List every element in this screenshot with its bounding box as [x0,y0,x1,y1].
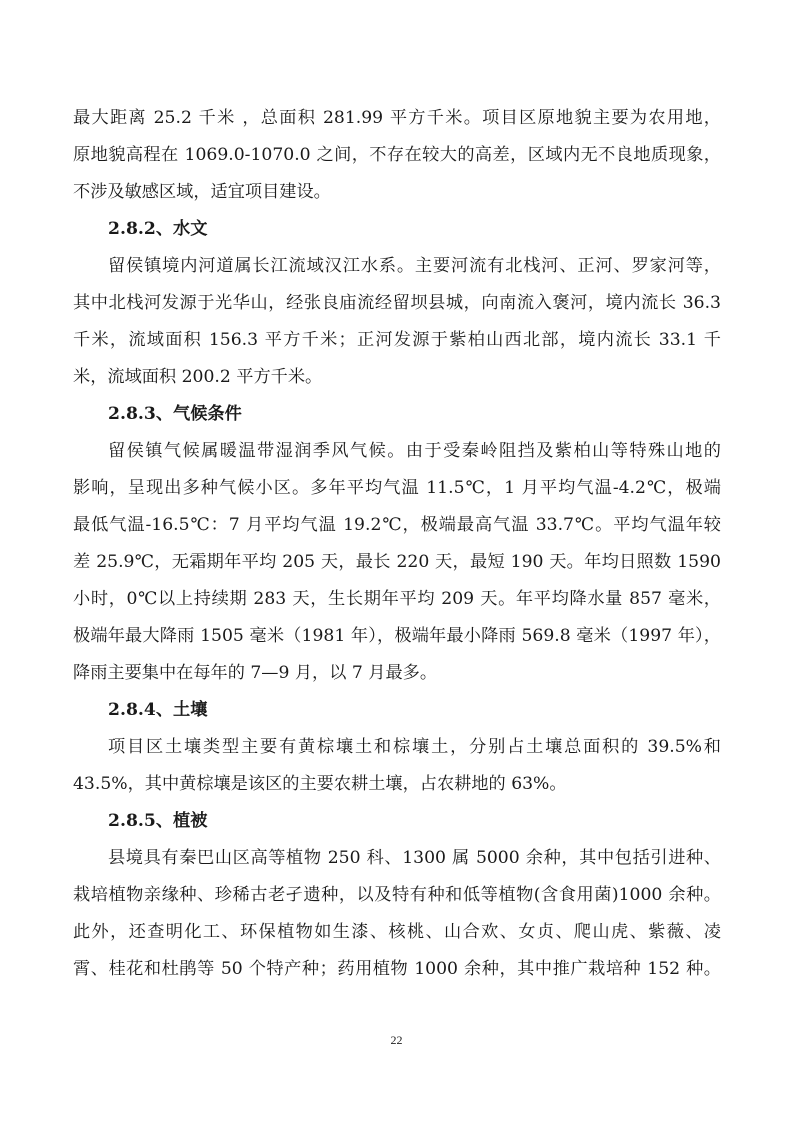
text-line: 影响，呈现出多种气候小区。多年平均气温 11.5℃，1 月平均气温-4.2℃，极… [73,470,721,507]
paragraph-soil: 项目区土壤类型主要有黄棕壤土和棕壤土，分别占土壤总面积的 39.5%和 43.5… [73,729,721,803]
text-line: 最大距离 25.2 千米 ，总面积 281.99 平方千米。项目区原地貌主要为农… [73,100,721,137]
text-line: 霄、桂花和杜鹃等 50 个特产种；药用植物 1000 余种，其中推广栽培种 15… [73,951,721,988]
text-line: 栽培植物亲缘种、珍稀古老孑遗种，以及特有种和低等植物(含食用菌)1000 余种。 [73,877,721,914]
paragraph-climate: 留侯镇气候属暖温带湿润季风气候。由于受秦岭阻挡及紫柏山等特殊山地的 影响，呈现出… [73,433,721,692]
paragraph-vegetation: 县境具有秦巴山区高等植物 250 科、1300 属 5000 余种，其中包括引进… [73,840,721,988]
text-line: 县境具有秦巴山区高等植物 250 科、1300 属 5000 余种，其中包括引进… [73,840,721,877]
text-line: 留侯镇境内河道属长江流域汉江水系。主要河流有北栈河、正河、罗家河等， [73,248,721,285]
text-line: 米，流域面积 200.2 平方千米。 [73,359,721,396]
paragraph-hydrology: 留侯镇境内河道属长江流域汉江水系。主要河流有北栈河、正河、罗家河等， 其中北栈河… [73,248,721,396]
paragraph-terrain-continuation: 最大距离 25.2 千米 ，总面积 281.99 平方千米。项目区原地貌主要为农… [73,100,721,211]
document-page: 最大距离 25.2 千米 ，总面积 281.99 平方千米。项目区原地貌主要为农… [73,100,721,988]
text-line: 43.5%，其中黄棕壤是该区的主要农耕土壤，占农耕地的 63%。 [73,766,721,803]
text-line: 千米，流域面积 156.3 平方千米；正河发源于紫柏山西北部，境内流长 33.1… [73,322,721,359]
text-line: 其中北栈河发源于光华山，经张良庙流经留坝县城，向南流入褒河，境内流长 36.3 [73,285,721,322]
text-line: 原地貌高程在 1069.0-1070.0 之间，不存在较大的高差，区域内无不良地… [73,137,721,174]
section-heading-hydrology: 2.8.2、水文 [73,211,721,248]
page-number: 22 [0,1033,793,1048]
text-line: 小时，0℃以上持续期 283 天，生长期年平均 209 天。年平均降水量 857… [73,581,721,618]
text-line: 不涉及敏感区域，适宜项目建设。 [73,174,721,211]
section-heading-soil: 2.8.4、土壤 [73,692,721,729]
section-heading-climate: 2.8.3、气候条件 [73,396,721,433]
text-line: 极端年最大降雨 1505 毫米（1981 年），极端年最小降雨 569.8 毫米… [73,618,721,655]
section-heading-vegetation: 2.8.5、植被 [73,803,721,840]
text-line: 差 25.9℃，无霜期年平均 205 天，最长 220 天，最短 190 天。年… [73,544,721,581]
text-line: 降雨主要集中在每年的 7—9 月，以 7 月最多。 [73,655,721,692]
text-line: 最低气温-16.5℃：7 月平均气温 19.2℃，极端最高气温 33.7℃。平均… [73,507,721,544]
text-line: 此外，还查明化工、环保植物如生漆、核桃、山合欢、女贞、爬山虎、紫薇、凌 [73,914,721,951]
text-line: 项目区土壤类型主要有黄棕壤土和棕壤土，分别占土壤总面积的 39.5%和 [73,729,721,766]
text-line: 留侯镇气候属暖温带湿润季风气候。由于受秦岭阻挡及紫柏山等特殊山地的 [73,433,721,470]
